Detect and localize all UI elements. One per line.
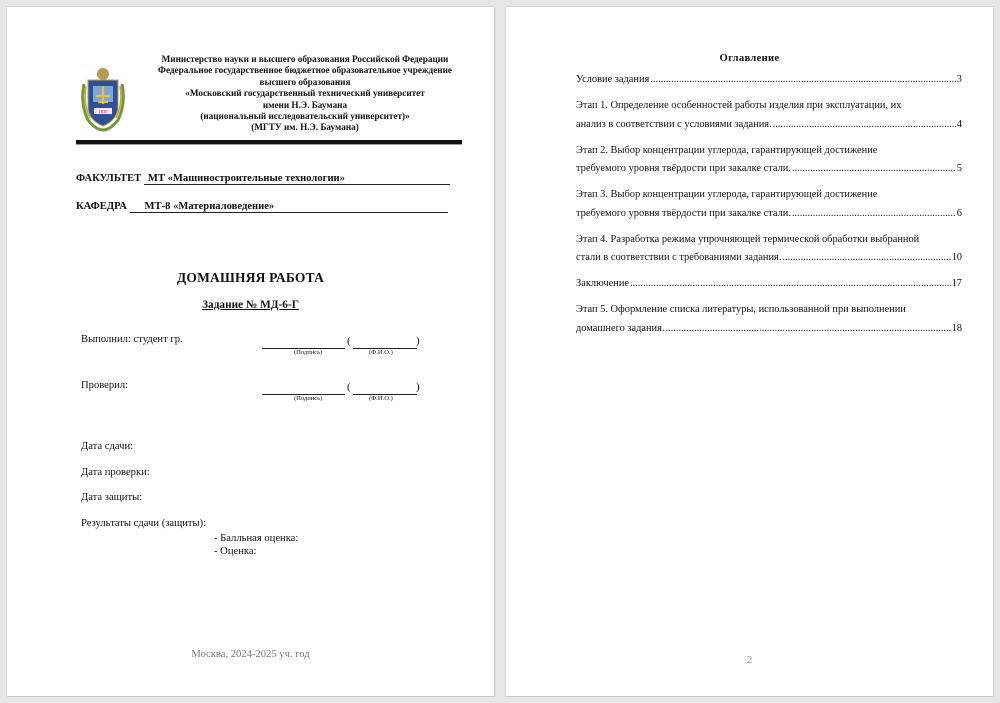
toc-leader-dots [773, 116, 956, 135]
date-defended: Дата защиты: [81, 492, 142, 503]
toc-entry-text: Этап 3. Выбор концентрации углерода, гар… [576, 186, 962, 205]
toc-page: Оглавление Условие задания3Этап 1. Опред… [506, 7, 993, 696]
toc-entry[interactable]: Условие задания3 [576, 71, 962, 90]
toc-entry-text: Условие задания [576, 71, 649, 90]
toc-leader-dots [650, 71, 956, 90]
toc-entry[interactable]: Этап 2. Выбор концентрации углерода, гар… [576, 142, 962, 179]
toc-page-number: 18 [952, 320, 962, 339]
header-divider-thin [76, 144, 462, 145]
document-title: ДОМАШНЯЯ РАБОТА [7, 270, 494, 286]
toc-leader-dots [665, 320, 950, 339]
toc-leader-dots [792, 160, 956, 179]
faculty-label: ФАКУЛЬТЕТ [76, 173, 141, 184]
faculty-row: ФАКУЛЬТЕТ МТ «Машиностроительные техноло… [76, 173, 450, 185]
name-caption: (Ф.И.О.) [369, 395, 393, 402]
toc-entry-text: Этап 1. Определение особенностей работы … [576, 97, 962, 116]
toc-entry[interactable]: Этап 3. Выбор концентрации углерода, гар… [576, 186, 962, 223]
toc-entry-text: Этап 2. Выбор концентрации углерода, гар… [576, 142, 962, 161]
assignment-text: Задание № МД-6-Г [202, 299, 299, 311]
toc-entry-text: стали в соответствии с требованиями зада… [576, 249, 781, 268]
header-line: Федеральное государственное бюджетное об… [127, 65, 483, 76]
svg-text:1830: 1830 [99, 109, 109, 114]
toc-leader-dots [630, 275, 951, 294]
title-page: 1830 Министерство науки и высшего образо… [7, 7, 494, 696]
table-of-contents: Условие задания3Этап 1. Определение особ… [576, 71, 962, 346]
header-line: Министерство науки и высшего образования… [127, 54, 483, 65]
toc-entry-text: Этап 5. Оформление списка литературы, ис… [576, 301, 962, 320]
header-line: высшего образования [127, 77, 483, 88]
header-line: (национальный исследовательский универси… [127, 111, 483, 122]
toc-entry-line: анализ в соответствии с условиями задани… [576, 116, 962, 135]
footer-city-year: Москва, 2024-2025 уч. год [7, 649, 494, 660]
toc-entry[interactable]: Этап 5. Оформление списка литературы, ис… [576, 301, 962, 338]
toc-entry-text: требуемого уровня твёрдости при закалке … [576, 160, 791, 179]
toc-leader-dots [782, 249, 950, 268]
results-label: Результаты сдачи (защиты): [81, 518, 206, 529]
date-submitted: Дата сдачи: [81, 441, 133, 452]
name-caption: (Ф.И.О.) [369, 349, 393, 356]
score-item: - Балльная оценка: [214, 533, 298, 544]
institution-header: Министерство науки и высшего образования… [127, 54, 483, 134]
page-number: 2 [506, 655, 993, 666]
header-line: «Московский государственный технический … [127, 88, 483, 99]
department-label: КАФЕДРА [76, 201, 127, 212]
toc-leader-dots [792, 205, 956, 224]
open-paren: ( [347, 381, 351, 393]
department-value: МТ-8 «Материаловедение» [130, 201, 448, 213]
toc-entry[interactable]: Этап 4. Разработка режима упрочняющей те… [576, 231, 962, 268]
toc-page-number: 3 [957, 71, 962, 90]
signature-caption: (Подпись) [294, 349, 322, 356]
close-paren: ) [416, 381, 420, 393]
toc-entry-text: анализ в соответствии с условиями задани… [576, 116, 772, 135]
open-paren: ( [347, 335, 351, 347]
assignment-number: Задание № МД-6-Г [7, 299, 494, 311]
toc-entry[interactable]: Этап 1. Определение особенностей работы … [576, 97, 962, 134]
signature-caption: (Подпись) [294, 395, 322, 402]
university-emblem-icon: 1830 [78, 64, 128, 132]
grade-item: - Оценка: [214, 546, 257, 557]
toc-entry-line: требуемого уровня твёрдости при закалке … [576, 205, 962, 224]
toc-entry[interactable]: Заключение17 [576, 275, 962, 294]
performer-label: Выполнил: студент гр. [81, 334, 183, 345]
close-paren: ) [416, 335, 420, 347]
toc-page-number: 6 [957, 205, 962, 224]
toc-entry-text: Заключение [576, 275, 629, 294]
reviewer-label: Проверил: [81, 380, 128, 391]
toc-entry-line: стали в соответствии с требованиями зада… [576, 249, 962, 268]
toc-entry-text: домашнего задания. [576, 320, 664, 339]
header-line: (МГТУ им. Н.Э. Баумана) [127, 122, 483, 133]
toc-page-number: 10 [952, 249, 962, 268]
toc-entry-line: Условие задания3 [576, 71, 962, 90]
toc-entry-line: Заключение17 [576, 275, 962, 294]
toc-entry-line: домашнего задания.18 [576, 320, 962, 339]
toc-title: Оглавление [506, 53, 993, 64]
toc-entry-text: требуемого уровня твёрдости при закалке … [576, 205, 791, 224]
department-row: КАФЕДРА МТ-8 «Материаловедение» [76, 201, 448, 213]
date-checked: Дата проверки: [81, 467, 150, 478]
toc-entry-line: требуемого уровня твёрдости при закалке … [576, 160, 962, 179]
toc-page-number: 4 [957, 116, 962, 135]
faculty-value: МТ «Машиностроительные технологии» [144, 173, 450, 185]
toc-page-number: 5 [957, 160, 962, 179]
toc-entry-text: Этап 4. Разработка режима упрочняющей те… [576, 231, 962, 250]
toc-page-number: 17 [952, 275, 962, 294]
header-line: имени Н.Э. Баумана [127, 100, 483, 111]
